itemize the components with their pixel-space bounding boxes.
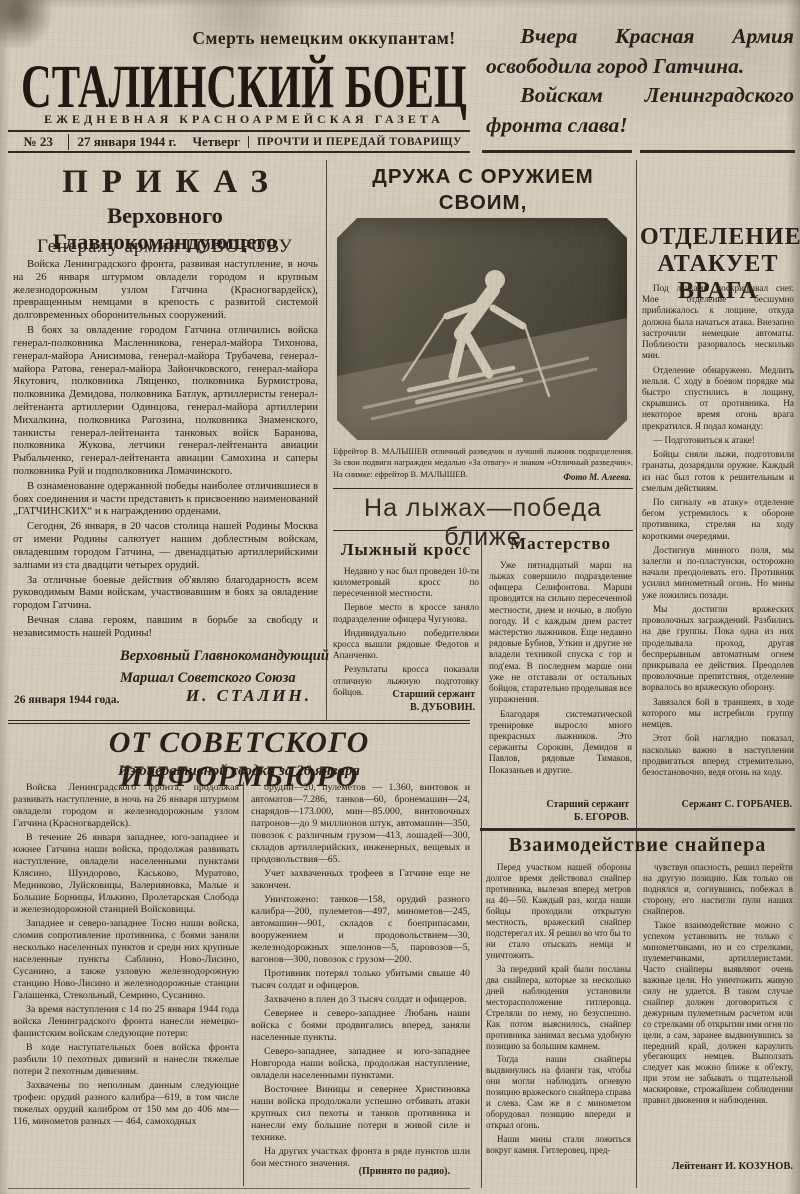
paragraph: Этот бой наглядно показал, насколько важ… <box>642 733 794 778</box>
photo-credit: Фото М. Алеева. <box>333 472 631 482</box>
prikaz-body: Войска Ленинградского фронта, развивая н… <box>13 259 318 643</box>
skier-photo-art <box>337 218 627 440</box>
paragraph: Захвачено в плен до 3 тысяч солдат и офи… <box>251 994 470 1006</box>
sniper-signature: Лейтенант И. КОЗУНОВ. <box>643 1160 793 1174</box>
sniper-column-left: Перед участком нашей обороны долгое врем… <box>486 862 631 1186</box>
paragraph: Достигнув минного поля, мы залегли и по-… <box>642 545 794 601</box>
announcement-rule-left <box>482 150 632 153</box>
prikaz-bottom-rule-1 <box>8 720 470 721</box>
paragraph: В боях за овладение городом Гатчина отли… <box>13 325 318 479</box>
paragraph: По сигналу «в атаку» отделение бегом уст… <box>642 497 794 542</box>
paragraph: Недавно у нас был проведен 10-ти километ… <box>333 566 479 600</box>
prikaz-kicker: ПРИКАЗ <box>12 164 318 201</box>
paragraph: Перед участком нашей обороны долгое врем… <box>486 862 631 961</box>
sniper-top-rule <box>480 828 795 831</box>
prikaz-bottom-rule-2 <box>8 723 470 724</box>
ski-mastery-title: Мастерство <box>489 534 632 555</box>
issue-weekday: Четверг <box>192 134 240 149</box>
paragraph: В ознаменование одержанной победы наибол… <box>13 481 318 519</box>
skier-photo <box>337 218 627 440</box>
paragraph: Такое взаимодействие можно с успехом уст… <box>643 920 793 1106</box>
paragraph: Захвачены по неполным данным следующие т… <box>13 1080 239 1128</box>
paragraph: Восточнее Виницы и севернее Христиновка … <box>251 1084 470 1144</box>
paragraph: Завязался бой в траншеях, в ходе которог… <box>642 697 794 731</box>
paragraph: За время наступления с 14 по 25 января 1… <box>13 1004 239 1040</box>
informburo-column-left: Войска Ленинградского фронта, продолжая … <box>13 782 239 1186</box>
paragraph: Наши мины стали ложиться вокруг камня. Г… <box>486 1134 631 1156</box>
paragraph: Севернее и северо-западнее Любань наши в… <box>251 1008 470 1044</box>
sniper-column-right: чувствуя опасность, решил перейти на дру… <box>643 862 793 1162</box>
paragraph: Вчера Красная Армия освободила город Гат… <box>486 22 794 81</box>
prikaz-signature-role: Верховный Главнокомандующий Маршал Совет… <box>120 646 350 690</box>
attack-signature: Сержант С. ГОРБАЧЕВ. <box>642 798 792 811</box>
issue-number: № 23 <box>8 134 69 150</box>
paragraph: Индивидуально победителями кросса вышли … <box>333 628 479 662</box>
bottom-rule <box>8 1188 470 1189</box>
paragraph: чувствуя опасность, решил перейти на дру… <box>643 862 793 917</box>
paragraph: Сегодня, 26 января, в 20 часов столица н… <box>13 521 318 572</box>
paragraph: За отличные боевые действия об'являю бла… <box>13 575 318 613</box>
prikaz-addressee: Генералу армии ГОВОРОВУ <box>12 236 318 258</box>
announcement-rule-right <box>640 150 795 153</box>
paragraph: Под лыжами поскрипывал снег. Мое отделен… <box>642 283 794 362</box>
ski-mastery-column: Мастерство Уже пятнадцатый марш на лыжах… <box>489 534 632 796</box>
masthead-subtitle: ЕЖЕДНЕВНАЯ КРАСНОАРМЕЙСКАЯ ГАЗЕТА <box>16 112 472 127</box>
paragraph: Войска Ленинградского фронта, продолжая … <box>13 782 239 830</box>
ski-cross-body: Недавно у нас был проведен 10-ти километ… <box>333 566 479 698</box>
informburo-endnote: (Принято по радио). <box>250 1166 450 1177</box>
paragraph: Благодаря систематической тренировке выр… <box>489 709 632 776</box>
reader-note: ПРОЧТИ И ПЕРЕДАЙ ТОВАРИЩУ <box>248 136 470 148</box>
masthead-slogan: Смерть немецким оккупантам! <box>168 28 480 49</box>
paragraph: Отделение обнаружено. Медлить нельзя. С … <box>642 365 794 432</box>
paragraph: Тогда наши снайперы выдвинулись на фланг… <box>486 1054 631 1131</box>
caption-rule <box>333 488 633 489</box>
paragraph: Войска Ленинградского фронта, развивая н… <box>13 259 318 323</box>
paragraph: В течение 26 января западнее, юго-западн… <box>13 832 239 916</box>
victory-announcement: Вчера Красная Армия освободила город Гат… <box>486 22 794 141</box>
paragraph: Войскам Ленинградского фронта слава! <box>486 81 794 140</box>
ski-cross-title: Лыжный кросс <box>333 540 479 561</box>
paragraph: Уничтожено: танков—158, орудий разного к… <box>251 894 470 966</box>
paragraph: Бойцы сняли лыжи, подготовили гранаты, д… <box>642 449 794 494</box>
divider-informburo-columns <box>243 782 244 1186</box>
ski-cross-signature: Старший сержант В. ДУБОВИН. <box>333 688 475 714</box>
issue-date: 27 января 1944 г. <box>77 134 176 149</box>
masthead-infobar: № 23 27 января 1944 г. Четверг ПРОЧТИ И … <box>8 130 470 153</box>
paragraph: — Подготовиться к атаке! <box>642 435 794 446</box>
prikaz-signature-name: И. СТАЛИН. <box>12 686 312 706</box>
paragraph: Первое место в кроссе заняло подразделен… <box>333 602 479 624</box>
paragraph: Уже пятнадцатый марш на лыжах совершило … <box>489 560 632 706</box>
ski-mastery-signature: Старший сержант Б. ЕГОРОВ. <box>489 798 629 824</box>
paragraph: За передний край были посланы два снайпе… <box>486 964 631 1052</box>
ski-title-rule <box>333 530 633 531</box>
paragraph: Противник потерял только убитыми свыше 4… <box>251 968 470 992</box>
divider-left-middle <box>326 160 327 720</box>
divider-ski-columns <box>481 536 482 1188</box>
paragraph: Вечная слава героям, павшим в борьбе за … <box>13 615 318 641</box>
paragraph: На других участках фронта в ряде пунктов… <box>251 1146 470 1166</box>
issue-date-weekday: 27 января 1944 г. Четверг <box>69 134 248 150</box>
divider-middle-right <box>636 160 637 1188</box>
sniper-title: Взаимодействие снайпера <box>480 834 795 857</box>
svg-text:СТАЛИНСКИЙ БОЕЦ: СТАЛИНСКИЙ БОЕЦ <box>21 54 467 120</box>
paragraph: Западнее и северо-западнее Тосно наши во… <box>13 918 239 1002</box>
informburo-column-right: орудий—20, пулеметов — 1.360, винтовок и… <box>251 782 470 1166</box>
newspaper-page: Смерть немецким оккупантам! СТАЛИНСКИЙ Б… <box>0 0 800 1194</box>
masthead-title: СТАЛИНСКИЙ БОЕЦ <box>16 50 472 120</box>
informburo-subtitle: Из оперативной сводки за 26 января <box>8 763 470 780</box>
paragraph: В ходе наступательных боев войска фронта… <box>13 1042 239 1078</box>
ski-mastery-body: Уже пятнадцатый марш на лыжах совершило … <box>489 560 632 776</box>
masthead-title-type: СТАЛИНСКИЙ БОЕЦ <box>16 50 472 120</box>
paragraph: Северо-западнее, западнее и юго-западнее… <box>251 1046 470 1082</box>
paragraph: орудий—20, пулеметов — 1.360, винтовок и… <box>251 782 470 866</box>
paragraph: Мы достигли вражеских проволочных заграж… <box>642 604 794 694</box>
attack-body: Под лыжами поскрипывал снег. Мое отделен… <box>642 283 794 795</box>
paragraph: Учет захваченных трофеев в Гатчине еще н… <box>251 868 470 892</box>
